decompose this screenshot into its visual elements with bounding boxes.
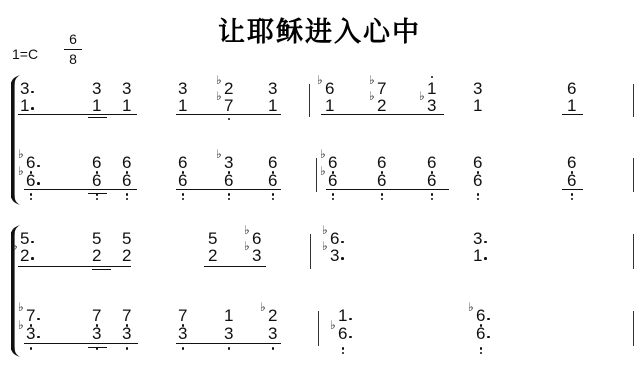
note-digit: 3 <box>26 325 36 342</box>
octave-dot-below <box>477 193 480 196</box>
note-digit: 7 <box>122 307 132 324</box>
octave-dot-below <box>126 347 129 350</box>
octave-dot-below <box>381 193 384 196</box>
note-digit: 7 <box>178 307 188 324</box>
flat-icon: ♭ <box>244 240 250 252</box>
note-digit: 2 <box>224 80 234 97</box>
duration-dot <box>484 257 487 260</box>
note-digit: 6 <box>567 154 577 171</box>
flat-icon: ♭ <box>18 301 24 313</box>
beam-line <box>88 347 107 348</box>
barline <box>316 158 317 192</box>
note-digit: 6 <box>92 172 102 189</box>
note-digit: 2 <box>208 247 218 264</box>
note-digit: 1 <box>92 97 102 114</box>
duration-dot <box>37 182 40 185</box>
note-digit: 5 <box>92 230 102 247</box>
octave-dot-below <box>228 347 231 350</box>
note-digit: 3 <box>178 80 188 97</box>
note-digit: 1 <box>20 97 30 114</box>
flat-icon: ♭ <box>216 148 222 160</box>
octave-dot-below <box>272 198 275 201</box>
flat-icon: ♭ <box>18 148 24 160</box>
octave-dot-below <box>96 198 99 201</box>
note-digit: 6 <box>476 325 486 342</box>
octave-dot-below <box>228 193 231 196</box>
flat-icon: ♭ <box>330 319 336 331</box>
octave-dot-below <box>480 352 483 355</box>
note-digit: 6 <box>476 307 486 324</box>
duration-dot <box>487 336 490 339</box>
note-digit: 5 <box>208 230 218 247</box>
octave-dot-below <box>182 347 185 350</box>
note-digit: 3 <box>20 80 30 97</box>
beam-line <box>24 189 137 190</box>
note-digit: 3 <box>122 80 132 97</box>
note-digit: 6 <box>122 154 132 171</box>
duration-dot <box>484 241 487 244</box>
note-digit: 1 <box>338 307 348 324</box>
note-digit: 6 <box>377 172 387 189</box>
barline <box>633 84 634 117</box>
flat-icon: ♭ <box>320 148 326 160</box>
note-digit: 6 <box>328 154 338 171</box>
note-digit: 3 <box>224 325 234 342</box>
note-digit: 3 <box>224 154 234 171</box>
note-digit: 6 <box>567 172 577 189</box>
flat-icon: ♭ <box>216 74 222 86</box>
flat-icon: ♭ <box>369 74 375 86</box>
note-digit: 3 <box>268 80 278 97</box>
note-digit: 6 <box>427 172 437 189</box>
octave-dot-below <box>228 198 231 201</box>
note-digit: 6 <box>330 230 340 247</box>
octave-dot-below <box>381 198 384 201</box>
octave-dot-below <box>272 347 275 350</box>
beam-line <box>18 114 137 115</box>
duration-dot <box>31 107 34 110</box>
note-digit: 2 <box>377 97 387 114</box>
duration-dot <box>37 336 40 339</box>
note-digit: 6 <box>567 80 577 97</box>
sheet-music-page: 让耶稣进入心中 1=C 6 8 313131312♭7♭316♭17♭2♭13♭… <box>0 0 639 369</box>
note-digit: 6 <box>252 230 262 247</box>
octave-dot-below <box>431 193 434 196</box>
note-digit: 1 <box>178 97 188 114</box>
octave-dot-below <box>571 198 574 201</box>
note-digit: 6 <box>473 154 483 171</box>
note-digit: 5 <box>122 230 132 247</box>
flat-icon: ♭ <box>322 240 328 252</box>
note-digit: 6 <box>178 172 188 189</box>
octave-dot-below <box>272 193 275 196</box>
octave-dot-above <box>431 76 434 79</box>
note-digit: 6 <box>26 154 36 171</box>
octave-dot-below <box>332 193 335 196</box>
note-digit: 6 <box>325 80 335 97</box>
note-digit: 2 <box>92 247 102 264</box>
octave-dot-below <box>30 347 33 350</box>
octave-dot-below <box>342 347 345 350</box>
beam-line <box>562 189 583 190</box>
duration-dot <box>37 165 40 168</box>
key-signature: 1=C <box>12 46 38 62</box>
beam-line <box>176 114 281 115</box>
note-digit: 3 <box>268 325 278 342</box>
note-digit: 1 <box>567 97 577 114</box>
note-digit: 5 <box>20 230 30 247</box>
note-digit: 3 <box>330 247 340 264</box>
time-signature-numerator: 6 <box>62 31 84 48</box>
note-digit: 6 <box>473 172 483 189</box>
note-digit: 3 <box>92 80 102 97</box>
beam-line <box>92 269 111 270</box>
octave-dot-below <box>30 193 33 196</box>
octave-dot-below <box>332 198 335 201</box>
duration-dot <box>31 91 34 94</box>
note-digit: 7 <box>224 97 234 114</box>
barline <box>309 84 310 117</box>
flat-icon: ♭ <box>18 165 24 177</box>
octave-dot-below <box>182 193 185 196</box>
duration-dot <box>341 241 344 244</box>
barline <box>318 311 319 346</box>
note-digit: 7 <box>26 307 36 324</box>
barline <box>310 234 311 269</box>
duration-dot <box>341 257 344 260</box>
flat-icon: ♭ <box>244 224 250 236</box>
note-digit: 6 <box>26 172 36 189</box>
beam-line <box>88 117 107 118</box>
octave-dot-below <box>30 198 33 201</box>
beam-line <box>18 266 131 267</box>
time-signature: 6 8 <box>62 31 84 68</box>
note-digit: 7 <box>377 80 387 97</box>
flat-icon: ♭ <box>18 319 24 331</box>
flat-icon: ♭ <box>12 240 18 252</box>
note-digit: 3 <box>473 80 483 97</box>
note-digit: 6 <box>268 172 278 189</box>
beam-line <box>24 343 138 344</box>
octave-dot-below <box>182 198 185 201</box>
note-digit: 2 <box>122 247 132 264</box>
octave-dot-below <box>228 118 231 121</box>
beam-line <box>176 343 281 344</box>
flat-icon: ♭ <box>322 224 328 236</box>
octave-dot-below <box>480 347 483 350</box>
barline <box>633 158 634 192</box>
time-signature-fraction-line <box>64 49 82 50</box>
duration-dot <box>31 241 34 244</box>
octave-dot-below <box>571 193 574 196</box>
note-digit: 6 <box>268 154 278 171</box>
note-digit: 6 <box>338 325 348 342</box>
flat-icon: ♭ <box>468 301 474 313</box>
note-digit: 3 <box>427 97 437 114</box>
beam-line <box>321 114 444 115</box>
note-digit: 1 <box>473 247 483 264</box>
octave-dot-below <box>477 198 480 201</box>
duration-dot <box>31 257 34 260</box>
note-digit: 2 <box>20 247 30 264</box>
flat-icon: ♭ <box>369 90 375 102</box>
note-digit: 7 <box>92 307 102 324</box>
beam-line <box>562 114 583 115</box>
note-digit: 1 <box>473 97 483 114</box>
note-digit: 6 <box>178 154 188 171</box>
note-digit: 6 <box>427 154 437 171</box>
note-digit: 1 <box>122 97 132 114</box>
barline <box>633 311 634 346</box>
duration-dot <box>487 318 490 321</box>
flat-icon: ♭ <box>216 90 222 102</box>
note-digit: 1 <box>427 80 437 97</box>
note-digit: 2 <box>268 307 278 324</box>
duration-dot <box>349 336 352 339</box>
flat-icon: ♭ <box>260 301 266 313</box>
note-digit: 3 <box>178 325 188 342</box>
note-digit: 6 <box>328 172 338 189</box>
octave-dot-below <box>342 352 345 355</box>
note-digit: 6 <box>224 172 234 189</box>
flat-icon: ♭ <box>320 165 326 177</box>
time-signature-denominator: 8 <box>62 51 84 68</box>
beam-line <box>326 189 449 190</box>
note-digit: 3 <box>92 325 102 342</box>
note-digit: 1 <box>325 97 335 114</box>
note-digit: 6 <box>122 172 132 189</box>
flat-icon: ♭ <box>317 74 323 86</box>
beam-line <box>88 193 107 194</box>
octave-dot-below <box>431 198 434 201</box>
song-title: 让耶稣进入心中 <box>0 10 639 49</box>
note-digit: 3 <box>252 247 262 264</box>
beam-line <box>176 189 281 190</box>
duration-dot <box>349 318 352 321</box>
note-digit: 3 <box>122 325 132 342</box>
duration-dot <box>37 318 40 321</box>
octave-dot-below <box>126 193 129 196</box>
octave-dot-below <box>126 198 129 201</box>
note-digit: 6 <box>92 154 102 171</box>
beam-line <box>204 266 266 267</box>
note-digit: 1 <box>268 97 278 114</box>
barline <box>633 234 634 269</box>
note-digit: 3 <box>473 230 483 247</box>
note-digit: 6 <box>377 154 387 171</box>
note-digit: 1 <box>224 307 234 324</box>
flat-icon: ♭ <box>419 90 425 102</box>
